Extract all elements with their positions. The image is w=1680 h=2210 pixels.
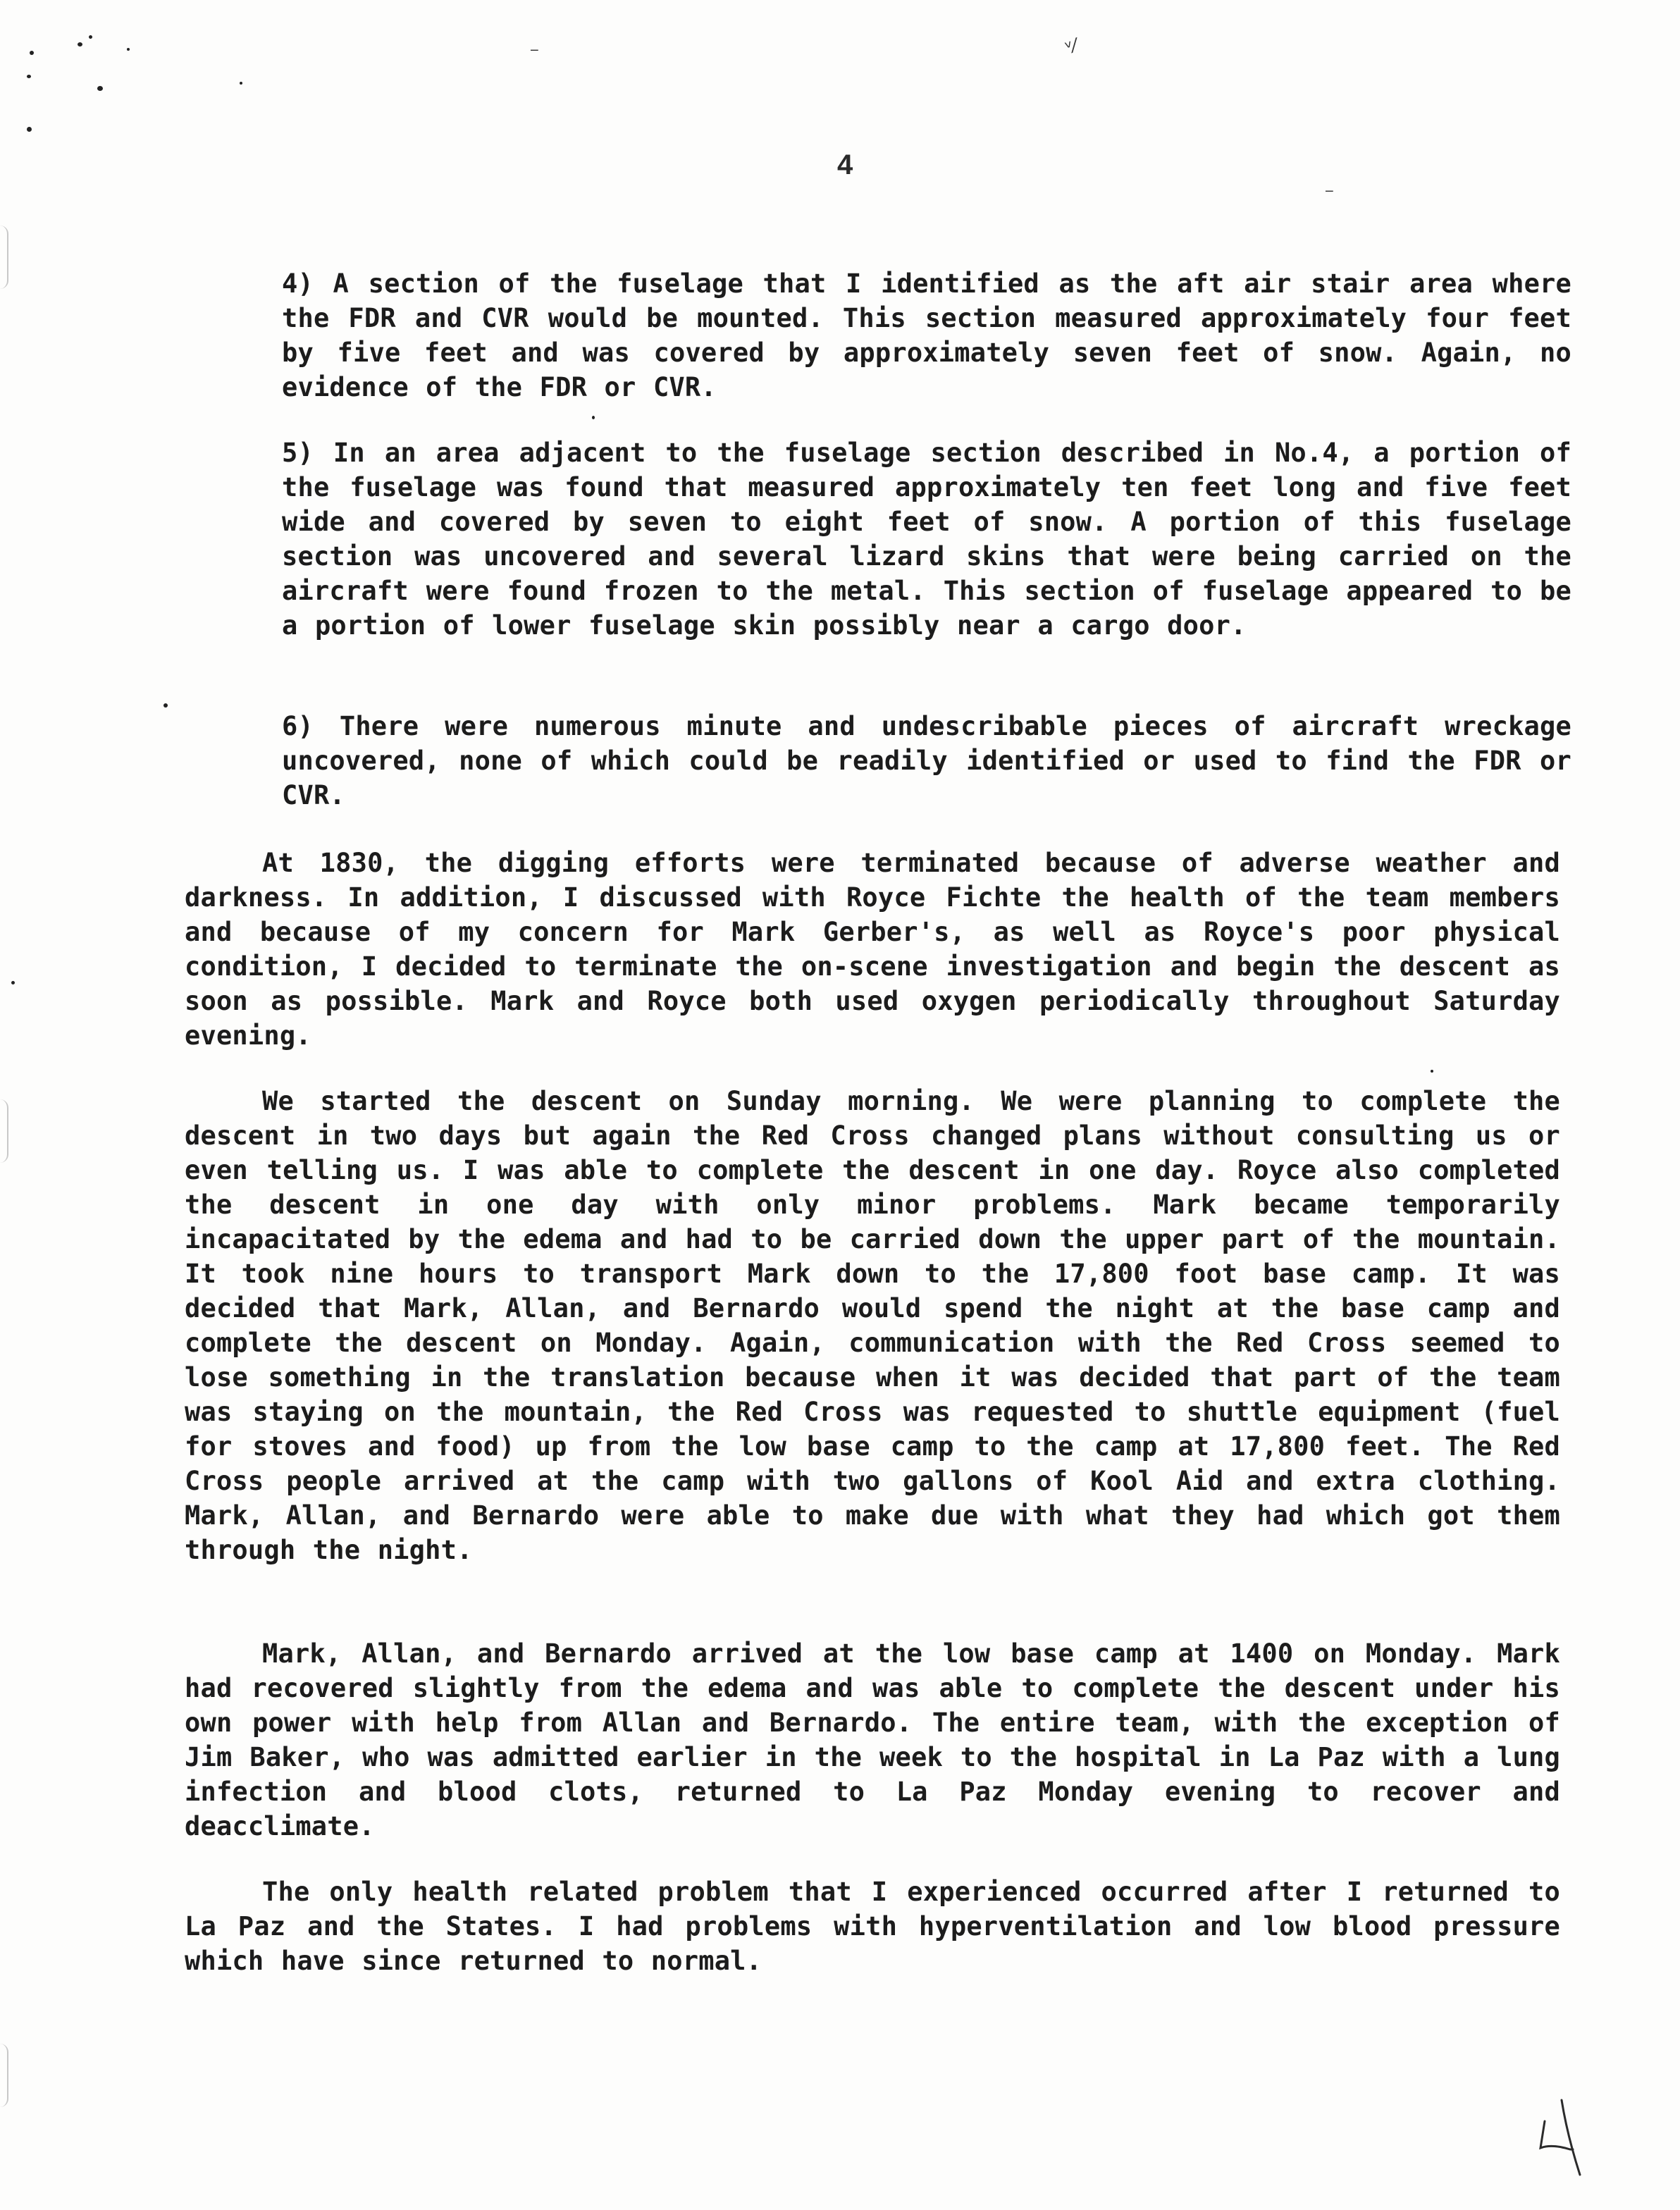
scan-speck <box>592 416 595 419</box>
page-number: 4 <box>837 149 853 181</box>
scan-speck <box>89 35 92 39</box>
list-item: 5) In an area adjacent to the fuselage s… <box>282 436 1571 643</box>
scan-speck <box>27 75 31 78</box>
scan-speck <box>163 703 168 708</box>
scan-mark: ᵛ⁄ <box>1063 36 1078 59</box>
scan-speck <box>127 48 130 51</box>
paragraph: The only health related problem that I e… <box>185 1875 1560 1978</box>
page-edge-shadow <box>0 2044 8 2107</box>
scan-speck <box>78 42 82 47</box>
scan-speck <box>240 82 242 85</box>
scan-mark: ‒ <box>530 41 539 58</box>
scan-speck <box>11 981 15 984</box>
page-edge-shadow <box>0 226 8 289</box>
scan-speck <box>1431 1070 1433 1073</box>
handwritten-page-mark <box>1536 2093 1600 2178</box>
page-edge-shadow <box>0 1099 8 1163</box>
paragraph: At 1830, the digging efforts were termin… <box>185 846 1560 1053</box>
scan-speck <box>97 86 103 91</box>
paragraph: We started the descent on Sunday morning… <box>185 1084 1560 1567</box>
paragraph: Mark, Allan, and Bernardo arrived at the… <box>185 1636 1560 1844</box>
scan-speck <box>27 127 32 132</box>
list-item: 4) A section of the fuselage that I iden… <box>282 266 1571 405</box>
scan-speck <box>30 51 34 55</box>
list-item: 6) There were numerous minute and undesc… <box>282 709 1571 813</box>
scan-mark: ‒ <box>1325 182 1334 199</box>
